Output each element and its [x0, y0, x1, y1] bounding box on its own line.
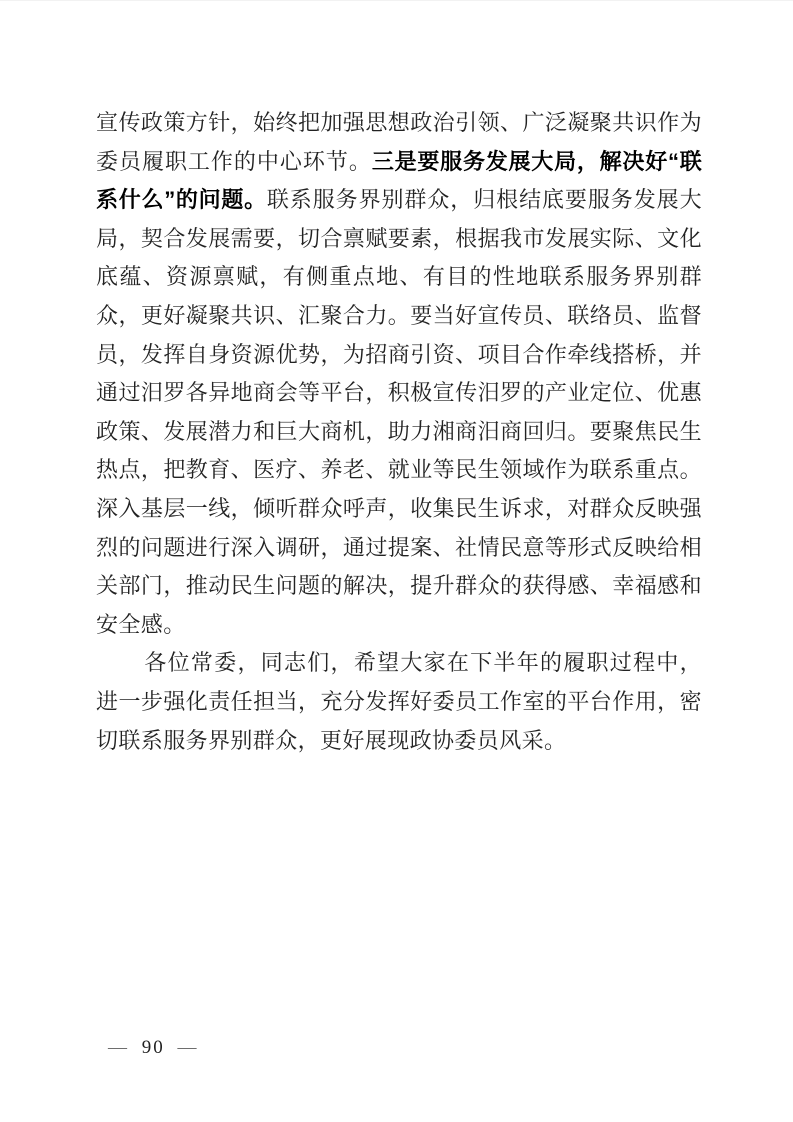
text-run: 各位常委，同志们，希望大家在下半年的履职过程中，进一步强化责任担当，充分发挥好委… — [96, 650, 702, 752]
text-run: 联系服务界别群众，归根结底要服务发展大局，契合发展需要，切合禀赋要素，根据我市发… — [96, 187, 702, 637]
page-footer: — 90 — — [102, 1037, 205, 1059]
paragraph: 宣传政策方针，始终把加强思想政治引领、广泛凝聚共识作为委员履职工作的中心环节。三… — [96, 104, 702, 644]
footer-right-dash: — — [172, 1037, 205, 1058]
page-number: 90 — [142, 1037, 165, 1058]
footer-left-dash: — — [102, 1037, 135, 1058]
text-block: 宣传政策方针，始终把加强思想政治引领、广泛凝聚共识作为委员履职工作的中心环节。三… — [96, 104, 702, 760]
paragraph: 各位常委，同志们，希望大家在下半年的履职过程中，进一步强化责任担当，充分发挥好委… — [96, 644, 702, 760]
document-page: 宣传政策方针，始终把加强思想政治引领、广泛凝聚共识作为委员履职工作的中心环节。三… — [0, 0, 793, 1122]
